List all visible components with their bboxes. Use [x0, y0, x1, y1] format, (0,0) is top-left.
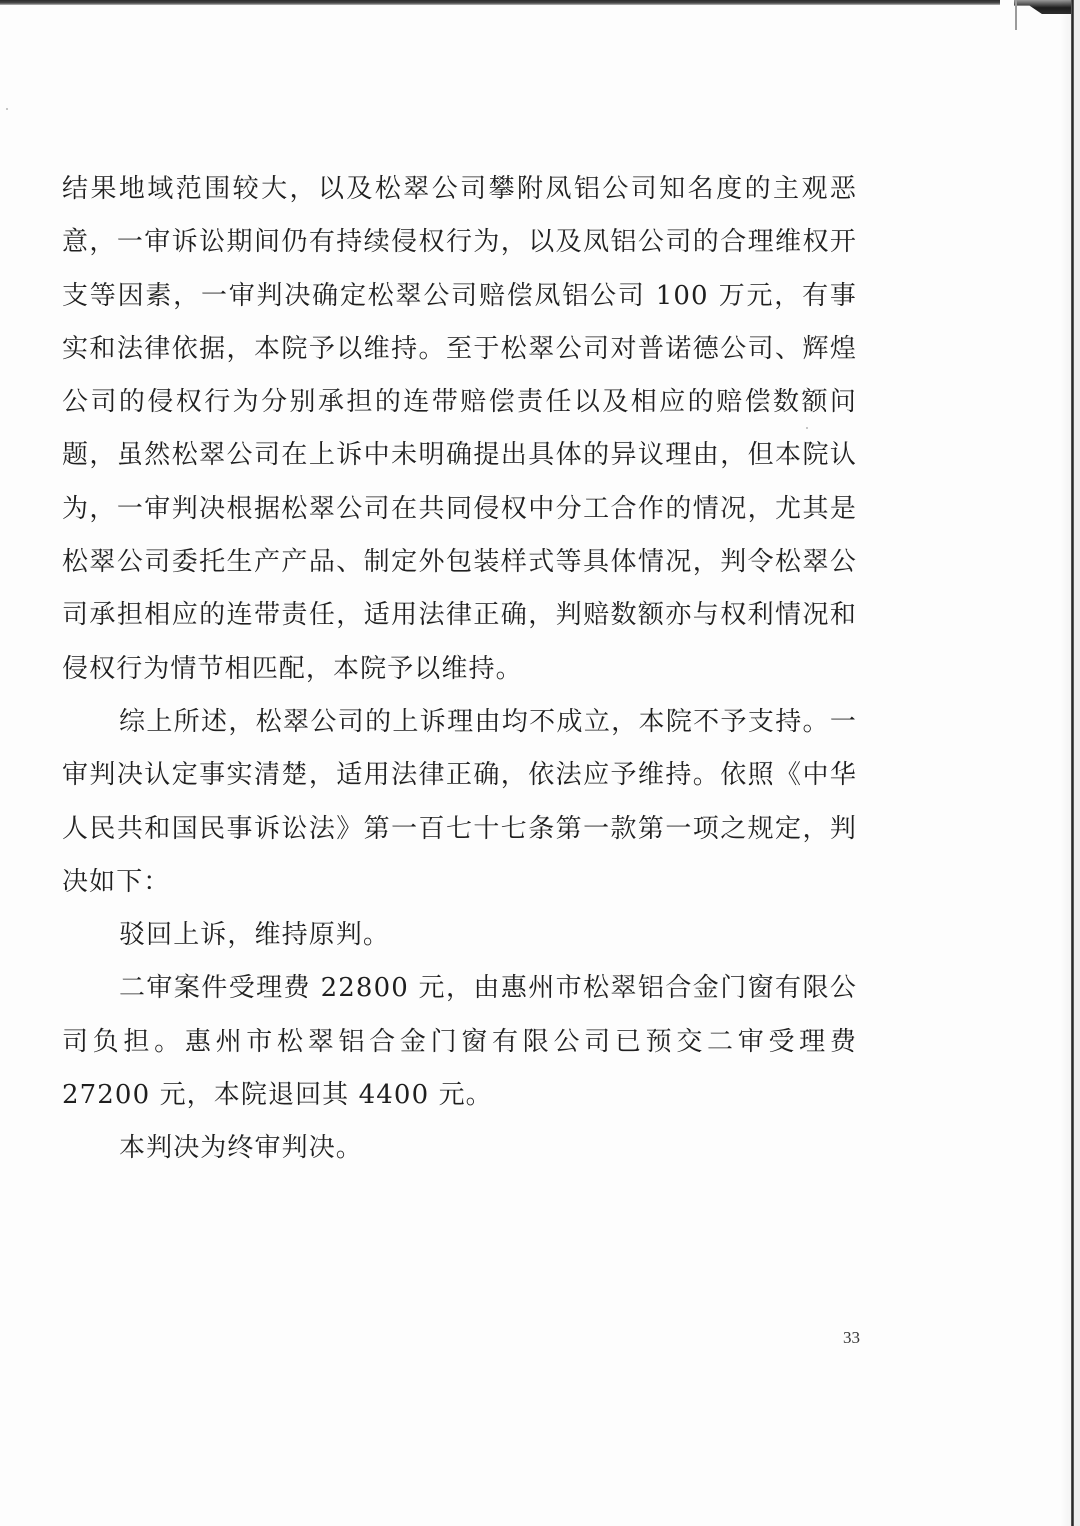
paragraph-fees: 二审案件受理费 22800 元，由惠州市松翠铝合金门窗有限公司负担。惠州市松翠铝…	[62, 962, 857, 1122]
page-number: 33	[843, 1328, 860, 1348]
scanned-page: 结果地域范围较大，以及松翠公司攀附凤铝公司知名度的主观恶意，一审诉讼期间仍有持续…	[0, 0, 1080, 1526]
paragraph-continuation: 结果地域范围较大，以及松翠公司攀附凤铝公司知名度的主观恶意，一审诉讼期间仍有持续…	[62, 163, 857, 696]
scan-right-margin	[1074, 0, 1080, 1526]
page-corner-crease	[1015, 0, 1017, 30]
paragraph-ruling: 驳回上诉，维持原判。	[62, 909, 857, 962]
judgment-body: 结果地域范围较大，以及松翠公司攀附凤铝公司知名度的主观恶意，一审诉讼期间仍有持续…	[62, 163, 857, 1176]
scan-top-edge	[0, 0, 1000, 5]
paragraph-conclusion: 综上所述，松翠公司的上诉理由均不成立，本院不予支持。一审判决认定事实清楚，适用法…	[62, 696, 857, 909]
scan-speck	[6, 108, 8, 110]
paragraph-finality: 本判决为终审判决。	[62, 1122, 857, 1175]
scan-right-shadow	[1060, 0, 1071, 1526]
